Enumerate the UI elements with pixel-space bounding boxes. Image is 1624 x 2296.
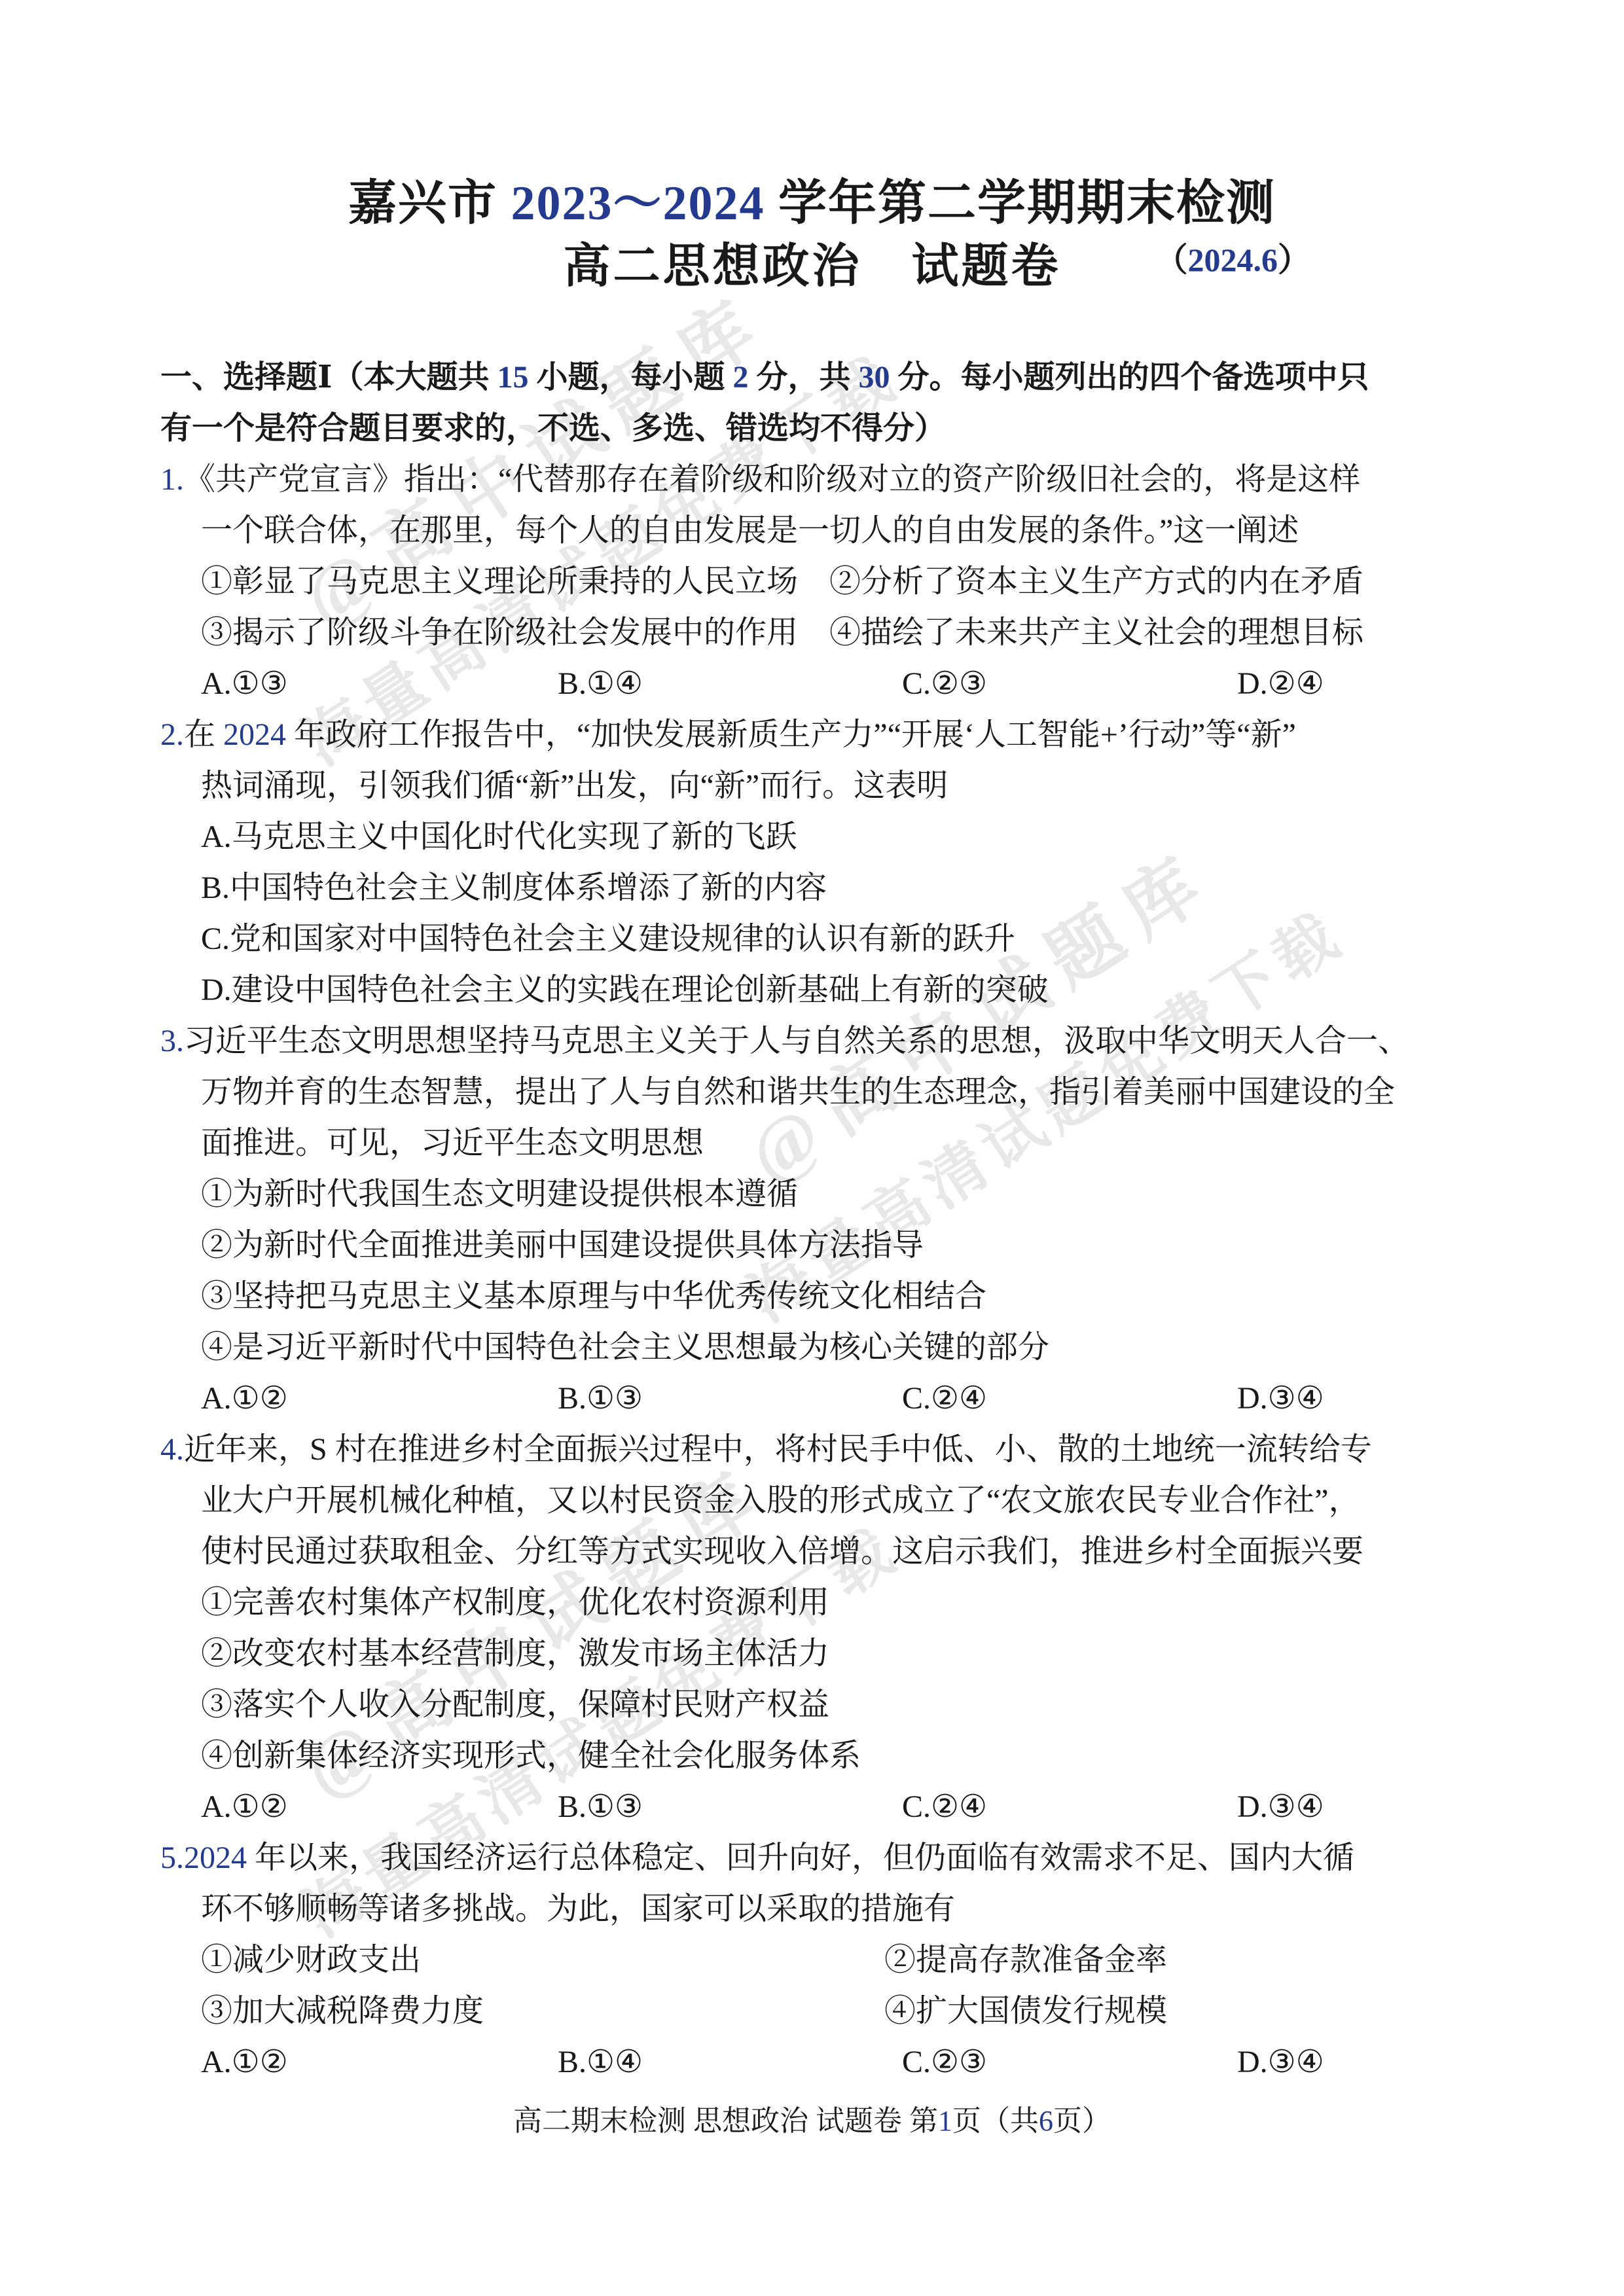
question-5-text: 年以来，我国经济运行总体稳定、回升向好，但仍面临有效需求不足、国内大循	[247, 1840, 1354, 1875]
question-2-text: 年政府工作报告中，“加快发展新质生产力”“开展‘人工智能+’行动”等“新”	[286, 717, 1296, 752]
title-year-range: 2023～2024	[511, 177, 765, 230]
question-1-line: 1.《共产党宣言》指出：“代替那存在着阶级和阶级对立的资产阶级旧社会的，将是这样	[160, 454, 1500, 505]
question-4-text: 近年来，S 村在推进乡村全面振兴过程中，将村民手中低、小、散的土地统一流转给专	[184, 1432, 1372, 1467]
exam-sheet: 嘉兴市 2023～2024 学年第二学期期末检测 高二思想政治 试题卷 （202…	[0, 0, 1624, 2088]
title-text: 嘉兴市	[348, 177, 511, 230]
answer-option: D.③④	[1237, 2037, 1500, 2088]
answer-option: C.②④	[902, 1373, 1237, 1424]
question-5-statement-4: ④扩大国债发行规模	[884, 1986, 1500, 2037]
question-3-answers: A.①② B.①③ C.②④ D.③④	[160, 1373, 1500, 1424]
question-1-number: 1.	[160, 462, 184, 497]
answer-option: A.①③	[201, 658, 558, 709]
question-5-number: 5.	[160, 1840, 184, 1875]
question-4-answers: A.①② B.①③ C.②④ D.③④	[160, 1782, 1500, 1833]
question-3-statement-4: ④是习近平新时代中国特色社会主义思想最为核心关键的部分	[160, 1322, 1500, 1373]
question-3-number: 3.	[160, 1024, 184, 1058]
question-3-text: 习近平生态文明思想坚持马克思主义关于人与自然关系的思想，汲取中华文明天人合一、	[184, 1024, 1409, 1058]
answer-option: C.②④	[902, 1782, 1237, 1833]
title-text: 学年第二学期期末检测	[765, 177, 1276, 230]
question-4-statement-1: ①完善农村集体产权制度，优化农村资源利用	[160, 1577, 1500, 1628]
answer-option: A.①②	[201, 1782, 558, 1833]
question-2-choice-d: D.建设中国特色社会主义的实践在理论创新基础上有新的突破	[160, 965, 1500, 1016]
question-4-statement-4: ④创新集体经济实现形式，健全社会化服务体系	[160, 1731, 1500, 1782]
page-number: 1	[938, 2105, 952, 2137]
question-5-year: 2024	[184, 1840, 247, 1875]
question-4-number: 4.	[160, 1432, 184, 1467]
answer-option: B.①③	[558, 1782, 902, 1833]
answer-option: C.②③	[902, 658, 1237, 709]
question-1-text: 《共产党宣言》指出：“代替那存在着阶级和阶级对立的资产阶级旧社会的，将是这样	[184, 462, 1360, 497]
subtitle: 高二思想政治 试题卷	[563, 240, 1060, 293]
question-5-statement-2: ②提高存款准备金率	[884, 1935, 1500, 1986]
question-4-statement-2: ②改变农村基本经营制度，激发市场主体活力	[160, 1628, 1500, 1679]
answer-option: D.③④	[1237, 1373, 1500, 1424]
question-3-line: 3.习近平生态文明思想坚持马克思主义关于人与自然关系的思想，汲取中华文明天人合一…	[160, 1016, 1500, 1067]
section-header-line-1: 一、选择题Ⅰ（本大题共 15 小题，每小题 2 分，共 30 分。每小题列出的四…	[160, 352, 1500, 403]
subtitle-row: 高二思想政治 试题卷 （2024.6）	[0, 236, 1624, 297]
question-2-choice-c: C.党和国家对中国特色社会主义建设规律的认识有新的跃升	[160, 914, 1500, 965]
question-4-line: 业大户开展机械化种植，又以村民资金入股的形式成立了“农文旅农民专业合作社”，	[160, 1475, 1500, 1526]
question-5-statement-1: ①减少财政支出	[201, 1935, 884, 1986]
question-5-statement-row-1: ①减少财政支出 ②提高存款准备金率	[160, 1935, 1500, 1986]
question-5-answers: A.①② B.①④ C.②③ D.③④	[160, 2037, 1500, 2088]
answer-option: D.②④	[1237, 658, 1500, 709]
question-1-option-pair: ③揭示了阶级斗争在阶级社会发展中的作用 ④描绘了未来共产主义社会的理想目标	[160, 607, 1500, 658]
question-5-statement-row-2: ③加大减税降费力度 ④扩大国债发行规模	[160, 1986, 1500, 2037]
question-5-statement-3: ③加大减税降费力度	[201, 1986, 884, 2037]
question-4-line: 4.近年来，S 村在推进乡村全面振兴过程中，将村民手中低、小、散的土地统一流转给…	[160, 1424, 1500, 1475]
question-3-statement-1: ①为新时代我国生态文明建设提供根本遵循	[160, 1169, 1500, 1220]
question-2-number: 2.	[160, 717, 184, 752]
question-2-year: 2024	[223, 717, 286, 752]
question-3-statement-3: ③坚持把马克思主义基本原理与中华优秀传统文化相结合	[160, 1271, 1500, 1322]
question-1-line: 一个联合体，在那里，每个人的自由发展是一切人的自由发展的条件。”这一阐述	[160, 505, 1500, 556]
question-2-choice-b: B.中国特色社会主义制度体系增添了新的内容	[160, 863, 1500, 914]
answer-option: D.③④	[1237, 1782, 1500, 1833]
answer-option: B.①④	[558, 2037, 902, 2088]
page-title: 嘉兴市 2023～2024 学年第二学期期末检测	[0, 0, 1624, 236]
questions-area: 一、选择题Ⅰ（本大题共 15 小题，每小题 2 分，共 30 分。每小题列出的四…	[160, 352, 1500, 2088]
question-1-option-pair: ①彰显了马克思主义理论所秉持的人民立场 ②分析了资本主义生产方式的内在矛盾	[160, 556, 1500, 607]
question-4-statement-3: ③落实个人收入分配制度，保障村民财产权益	[160, 1679, 1500, 1731]
question-5-line: 5.2024 年以来，我国经济运行总体稳定、回升向好，但仍面临有效需求不足、国内…	[160, 1833, 1500, 1884]
question-2-choice-a: A.马克思主义中国化时代化实现了新的飞跃	[160, 812, 1500, 863]
section-header-line-2: 有一个是符合题目要求的，不选、多选、错选均不得分）	[160, 403, 1500, 454]
question-4-line: 使村民通过获取租金、分红等方式实现收入倍增。这启示我们，推进乡村全面振兴要	[160, 1526, 1500, 1577]
question-5-line: 环不够顺畅等诸多挑战。为此，国家可以采取的措施有	[160, 1884, 1500, 1935]
question-2-line: 2.在 2024 年政府工作报告中，“加快发展新质生产力”“开展‘人工智能+’行…	[160, 709, 1500, 761]
answer-option: A.①②	[201, 1373, 558, 1424]
answer-option: B.①③	[558, 1373, 902, 1424]
question-3-line: 万物并育的生态智慧，提出了人与自然和谐共生的生态理念，指引着美丽中国建设的全	[160, 1067, 1500, 1118]
question-1-answers: A.①③ B.①④ C.②③ D.②④	[160, 658, 1500, 709]
answer-option: B.①④	[558, 658, 902, 709]
answer-option: A.①②	[201, 2037, 558, 2088]
question-3-line: 面推进。可见，习近平生态文明思想	[160, 1118, 1500, 1169]
answer-option: C.②③	[902, 2037, 1237, 2088]
total-pages: 6	[1039, 2105, 1053, 2137]
date-note: （2024.6）	[1155, 229, 1311, 291]
question-2-line: 热词涌现，引领我们循“新”出发，向“新”而行。这表明	[160, 761, 1500, 812]
question-3-statement-2: ②为新时代全面推进美丽中国建设提供具体方法指导	[160, 1220, 1500, 1271]
page-footer: 高二期末检测 思想政治 试题卷 第1页（共6页）	[0, 2097, 1624, 2139]
